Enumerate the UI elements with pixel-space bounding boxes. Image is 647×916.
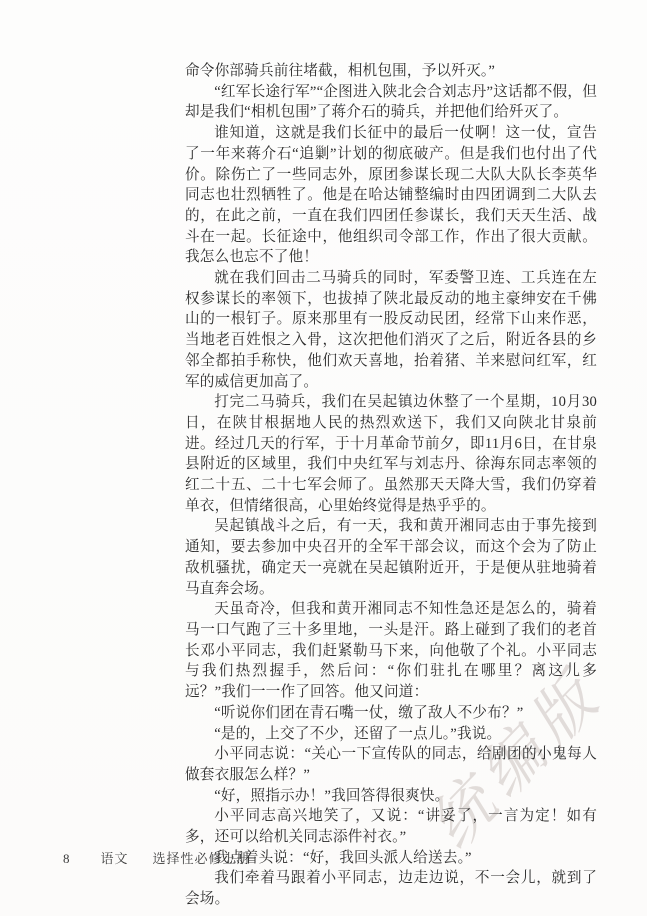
page-number: 8 bbox=[63, 851, 71, 867]
paragraph: 谁知道，这就是我们长征中的最后一仗啊！这一仗，宣告了一年来蒋介石“追剿”计划的彻… bbox=[185, 123, 597, 268]
paragraph: “红军长途行军”“企图进入陕北会合刘志丹”这话都不假，但却是我们“相机包围”了蒋… bbox=[185, 82, 597, 123]
body-text: 命令你部骑兵前往堵截，相机包围，予以歼灭。” “红军长途行军”“企图进入陕北会合… bbox=[185, 61, 597, 910]
footer-subject-label: 语文 bbox=[101, 848, 129, 867]
page-footer: 8 语文 选择性必修上册 bbox=[63, 848, 251, 867]
paragraph: “是的，上交了不少，还留了一点儿。”我说。 bbox=[185, 724, 597, 745]
paragraph: 小平同志说：“关心一下宣传队的同志，给剧团的小鬼每人做套衣服怎么样？” bbox=[185, 744, 597, 785]
paragraph: 我们牵着马跟着小平同志，边走边说，不一会儿，就到了会场。 bbox=[185, 868, 597, 909]
paragraph: 打完二马骑兵，我们在吴起镇边休整了一个星期，10月30日，在陕甘根据地人民的热烈… bbox=[185, 392, 597, 516]
paragraph: “好，照指示办！”我回答得很爽快。 bbox=[185, 786, 597, 807]
paragraph: 天虽奇冷，但我和黄开湘同志不知性急还是怎么的，骑着马一口气跑了三十多里地，一头是… bbox=[185, 599, 597, 703]
paragraph: 吴起镇战斗之后，有一天，我和黄开湘同志由于事先接到通知，要去参加中央召开的全军干… bbox=[185, 516, 597, 599]
paragraph: 命令你部骑兵前往堵截，相机包围，予以歼灭。” bbox=[185, 61, 597, 82]
paragraph: 小平同志高兴地笑了，又说：“讲妥了，一言为定！如有多，还可以给机关同志添件衬衣。… bbox=[185, 806, 597, 847]
paragraph: 就在我们回击二马骑兵的同时，军委警卫连、工兵连在左权参谋长的率领下，也拔掉了陕北… bbox=[185, 268, 597, 392]
paragraph: “听说你们团在青石嘴一仗，缴了敌人不少布？” bbox=[185, 703, 597, 724]
footer-book-title: 选择性必修上册 bbox=[153, 848, 251, 867]
textbook-page: 统编版 命令你部骑兵前往堵截，相机包围，予以歼灭。” “红军长途行军”“企图进入… bbox=[0, 0, 647, 916]
